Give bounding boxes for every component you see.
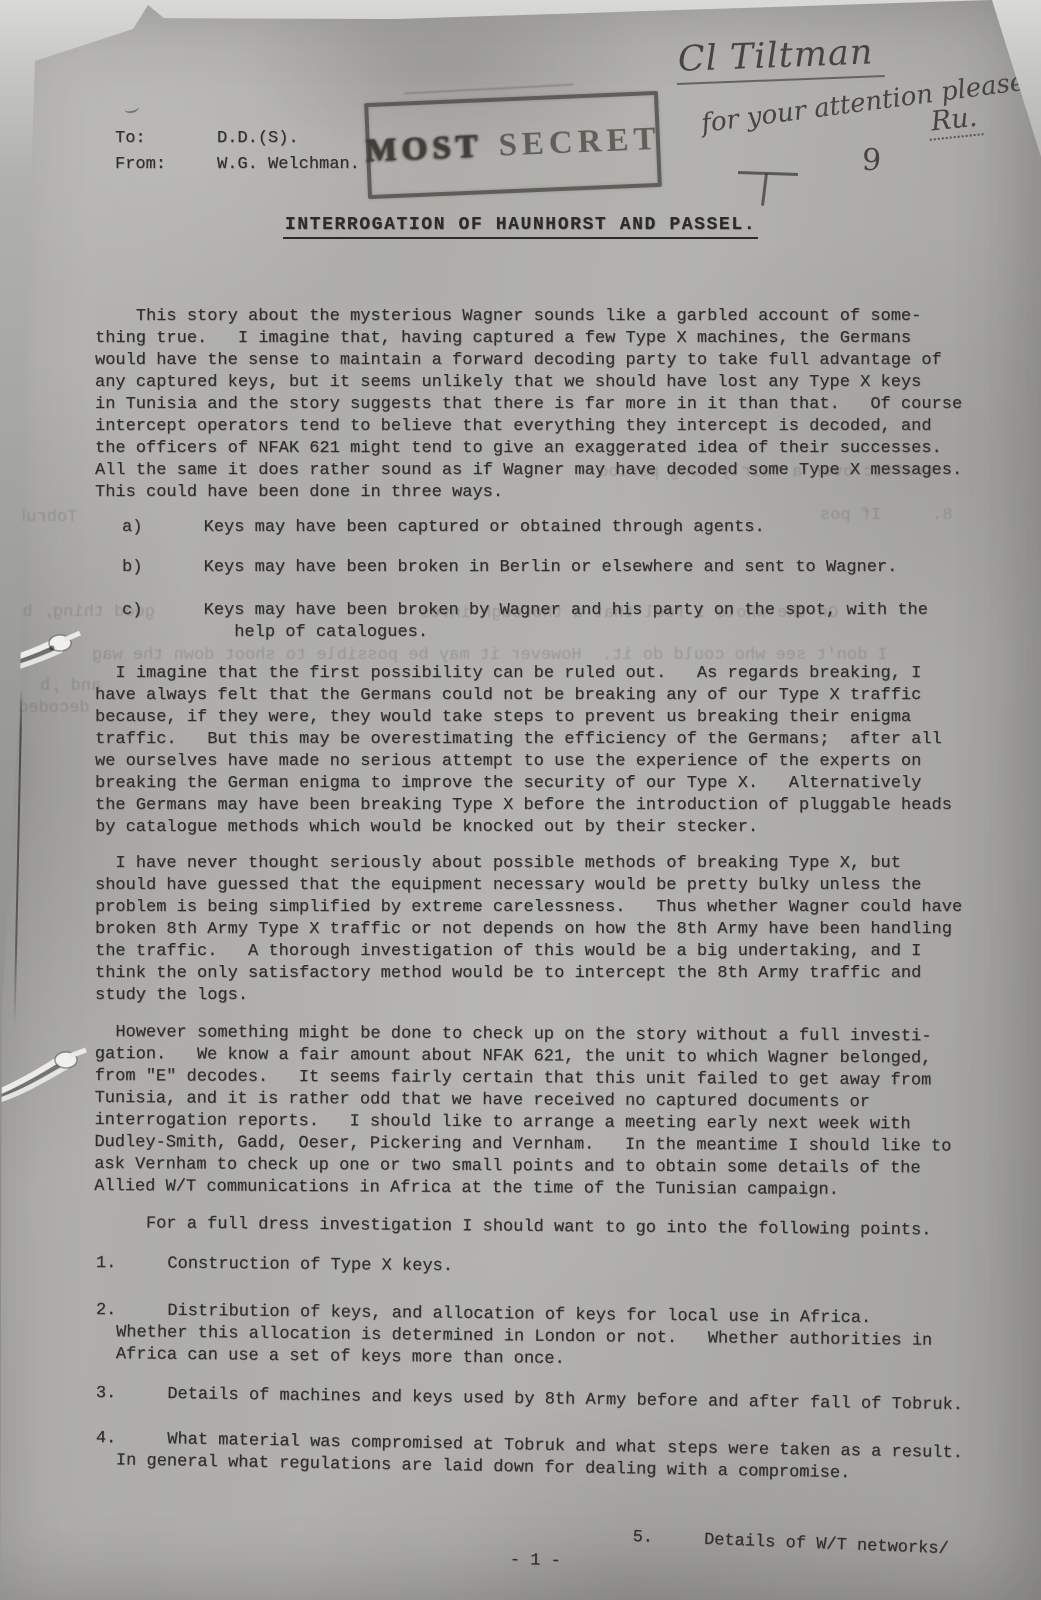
- most-secret-stamp: MOST SECRET: [364, 91, 662, 199]
- body-paragraph-4: However something might be done to check…: [94, 1022, 952, 1202]
- numbered-item-3: 3. Details of machines and keys used by …: [96, 1383, 963, 1417]
- binding-string-top: [0, 610, 114, 694]
- document-title-row: INTERROGATION OF HAUNHORST AND PASSEL.: [0, 215, 1041, 239]
- pencil-squiggle: [123, 102, 140, 115]
- bleed-through-text: 8. If pos: [820, 506, 953, 525]
- stamp-word: SECRET: [498, 120, 661, 164]
- body-paragraph-5: For a full dress investigation I should …: [95, 1213, 932, 1242]
- document-page: traffic over a fairly long period. 8. If…: [0, 0, 1041, 1600]
- handwritten-initials: Ru.: [926, 101, 984, 140]
- handwritten-number: 9: [861, 143, 882, 179]
- page-number: - 1 -: [510, 1550, 561, 1573]
- item-5-catchword: 5. Details of W/T networks/: [632, 1527, 949, 1561]
- numbered-item-2: 2. Distribution of keys, and allocation …: [95, 1300, 932, 1375]
- body-paragraph-1: This story about the mysterious Wagner s…: [95, 306, 962, 504]
- lettered-item-b: b) Keys may have been broken in Berlin o…: [122, 557, 897, 579]
- body-paragraph-3: I have never thought seriously about pos…: [95, 853, 962, 1007]
- memo-header: To: D.D.(S). From: W.G. Welchman.: [115, 126, 360, 178]
- stamp-word: MOST: [365, 128, 484, 170]
- numbered-item-4: 4. What material was compromised at Tobr…: [95, 1428, 963, 1487]
- handwritten-tick-mark: [738, 170, 800, 208]
- document-title: INTERROGATION OF HAUNHORST AND PASSEL.: [283, 215, 758, 239]
- numbered-item-1: 1. Construction of Type X keys.: [96, 1253, 453, 1278]
- page-edge-shadow: [13, 688, 22, 1028]
- lettered-item-a: a) Keys may have been captured or obtain…: [122, 517, 765, 539]
- lettered-item-c: c) Keys may have been broken by Wagner a…: [122, 600, 928, 644]
- body-paragraph-2: I imagine that the first possibility can…: [95, 663, 952, 839]
- binding-string-bottom: [0, 1028, 114, 1118]
- handwritten-addressee: Cl Tiltman: [675, 32, 884, 85]
- bleed-through-text: Tobruk.: [6, 508, 77, 527]
